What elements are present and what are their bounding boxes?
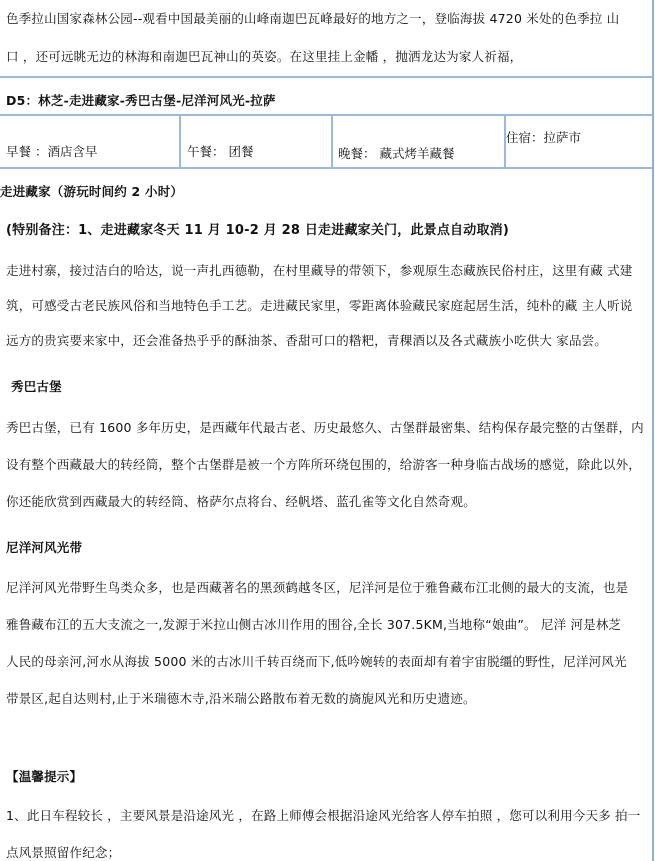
- tips-line-1: 1、此日车程较长 ，主要风景是沿途风光 ，在路上师傅会根据沿途风光给客人停车拍照…: [6, 806, 640, 824]
- intro-line-1: 色季拉山国家森林公园--观看中国最美丽的山峰南迦巴瓦峰最好的地方之一，登临海拔 …: [6, 9, 619, 27]
- niyang-line-2: 雅鲁藏布江的五大支流之一,发源于米拉山侧古冰川作用的围谷,全长 307.5KM,…: [6, 615, 621, 633]
- table-divider: [0, 76, 652, 78]
- intro-line-2: 口 ，还可远眺无边的林海和南迦巴瓦神山的英姿。在这里挂上金幡 ，抛洒龙达为家人祈…: [6, 47, 522, 65]
- lunch-cell: 午餐： 团餐: [181, 115, 331, 168]
- itinerary-page: 色季拉山国家森林公园--观看中国最美丽的山峰南迦巴瓦峰最好的地方之一，登临海拔 …: [0, 0, 654, 861]
- zangjia-line-3: 远方的贵宾要来家中，还会准备热乎乎的酥油茶、香甜可口的糌粑，青稞酒以及各式藏族小…: [6, 331, 607, 349]
- section-heading-tips: 【温馨提示】: [6, 767, 82, 785]
- breakfast-cell: 早餐 ：酒店含早: [0, 115, 180, 168]
- dinner-cell: 晚餐： 藏式烤羊藏餐: [333, 115, 504, 168]
- tips-line-2: 点风景照留作纪念；: [6, 843, 120, 861]
- breakfast-text: 早餐 ：酒店含早: [6, 142, 97, 160]
- day-title: D5：林芝-走进藏家-秀巴古堡-尼洋河风光-拉萨: [6, 91, 276, 109]
- niyang-line-3: 人民的母亲河,河水从海拔 5000 米的古冰川千转百绕而下,低吟婉转的表面却有着…: [6, 652, 627, 670]
- lodging-cell: 住宿：拉萨市: [506, 115, 652, 168]
- zangjia-line-2: 筑，可感受古老民族风俗和当地特色手工艺。走进藏民家里，零距离体验藏民家庭起居生活…: [6, 296, 632, 314]
- xiuba-line-2: 设有整个西藏最大的转经筒，整个古堡群是被一个方阵所环绕包围的，给游客一种身临古战…: [6, 455, 641, 473]
- special-note: (特别备注：1、走进藏家冬天 11 月 10-2 月 28 日走进藏家关门，此景…: [6, 219, 509, 238]
- lodging-text: 住宿：拉萨市: [506, 128, 581, 146]
- dinner-text: 晚餐： 藏式烤羊藏餐: [338, 144, 454, 162]
- section-heading-xiuba: 秀巴古堡: [11, 377, 62, 395]
- xiuba-line-1: 秀巴古堡，已有 1600 多年历史，是西藏年代最古老、历史最悠久、古堡群最密集、…: [6, 418, 644, 436]
- section-heading-zangjia: 走进藏家（游玩时间约 2 小时）: [0, 182, 183, 200]
- table-divider: [0, 167, 652, 169]
- section-heading-niyang: 尼洋河风光带: [6, 538, 82, 556]
- xiuba-line-3: 你还能欣赏到西藏最大的转经筒、格萨尔点将台、经帆塔、蓝孔雀等文化自然奇观。: [6, 492, 476, 510]
- niyang-line-1: 尼洋河风光带野生鸟类众多，也是西藏著名的黑颈鹤越冬区，尼洋河是位于雅鲁藏布江北侧…: [6, 578, 628, 596]
- zangjia-line-1: 走进村寨，接过洁白的哈达，说一声扎西德勒，在村里藏导的带领下，参观原生态藏族民俗…: [6, 261, 632, 279]
- lunch-text: 午餐： 团餐: [187, 142, 253, 160]
- niyang-line-4: 带景区,起自达则村,止于米瑞德木寺,沿米瑞公路散布着无数的旖旎风光和历史遗迹。: [6, 689, 476, 707]
